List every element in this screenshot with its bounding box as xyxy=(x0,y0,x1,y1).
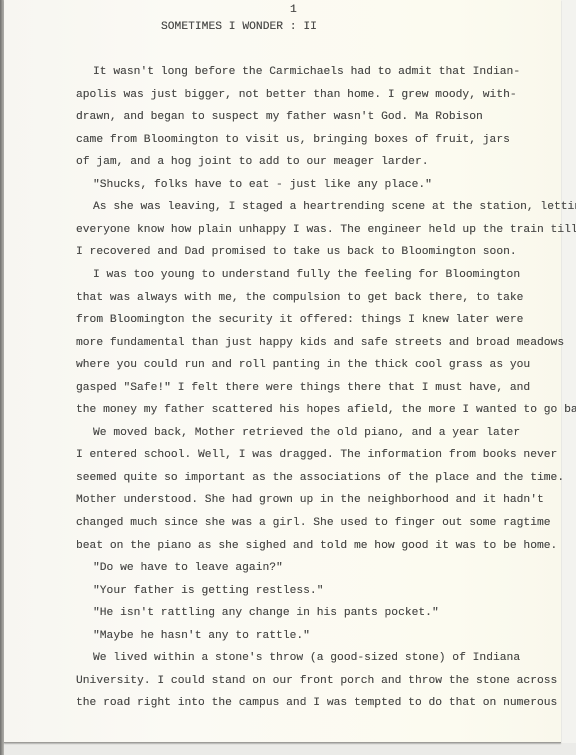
text-line: I recovered and Dad promised to take us … xyxy=(76,247,517,258)
scan-background-right xyxy=(561,0,576,743)
text-line: from Bloomington the security it offered… xyxy=(76,315,523,326)
text-line: I was too young to understand fully the … xyxy=(93,270,520,281)
page-number: 1 xyxy=(290,5,297,16)
text-line: beat on the piano as she sighed and told… xyxy=(76,541,557,552)
text-line: We lived within a stone's throw (a good-… xyxy=(93,653,520,664)
text-line: "Maybe he hasn't any to rattle." xyxy=(93,631,310,642)
scan-background-bottom xyxy=(4,743,576,755)
text-line: the money my father scattered his hopes … xyxy=(76,405,576,416)
text-line: drawn, and began to suspect my father wa… xyxy=(76,112,483,123)
text-line: apolis was just bigger, not better than … xyxy=(76,90,517,101)
text-line: We moved back, Mother retrieved the old … xyxy=(93,428,520,439)
text-line: University. I could stand on our front p… xyxy=(76,676,557,687)
text-line: It wasn't long before the Carmichaels ha… xyxy=(93,67,520,78)
text-line: the road right into the campus and I was… xyxy=(76,698,557,709)
text-line: changed much since she was a girl. She u… xyxy=(76,518,551,529)
typewritten-page: 1 SOMETIMES I WONDER : II It wasn't long… xyxy=(4,0,561,743)
text-line: that was always with me, the compulsion … xyxy=(76,293,523,304)
text-line: of jam, and a hog joint to add to our me… xyxy=(76,157,429,168)
text-line: "Your father is getting restless." xyxy=(93,586,324,597)
document-title: SOMETIMES I WONDER : II xyxy=(161,22,317,33)
text-line: "Do we have to leave again?" xyxy=(93,563,283,574)
text-line: As she was leaving, I staged a heartrend… xyxy=(93,202,576,213)
text-line: more fundamental than just happy kids an… xyxy=(76,338,564,349)
text-line: seemed quite so important as the associa… xyxy=(76,473,564,484)
text-line: "He isn't rattling any change in his pan… xyxy=(93,608,439,619)
text-line: came from Bloomington to visit us, bring… xyxy=(76,135,510,146)
text-line: I entered school. Well, I was dragged. T… xyxy=(76,450,557,461)
text-line: where you could run and roll panting in … xyxy=(76,360,530,371)
text-line: Mother understood. She had grown up in t… xyxy=(76,495,544,506)
text-line: everyone know how plain unhappy I was. T… xyxy=(76,225,576,236)
text-line: gasped "Safe!" I felt there were things … xyxy=(76,383,530,394)
text-line: "Shucks, folks have to eat - just like a… xyxy=(93,180,432,191)
